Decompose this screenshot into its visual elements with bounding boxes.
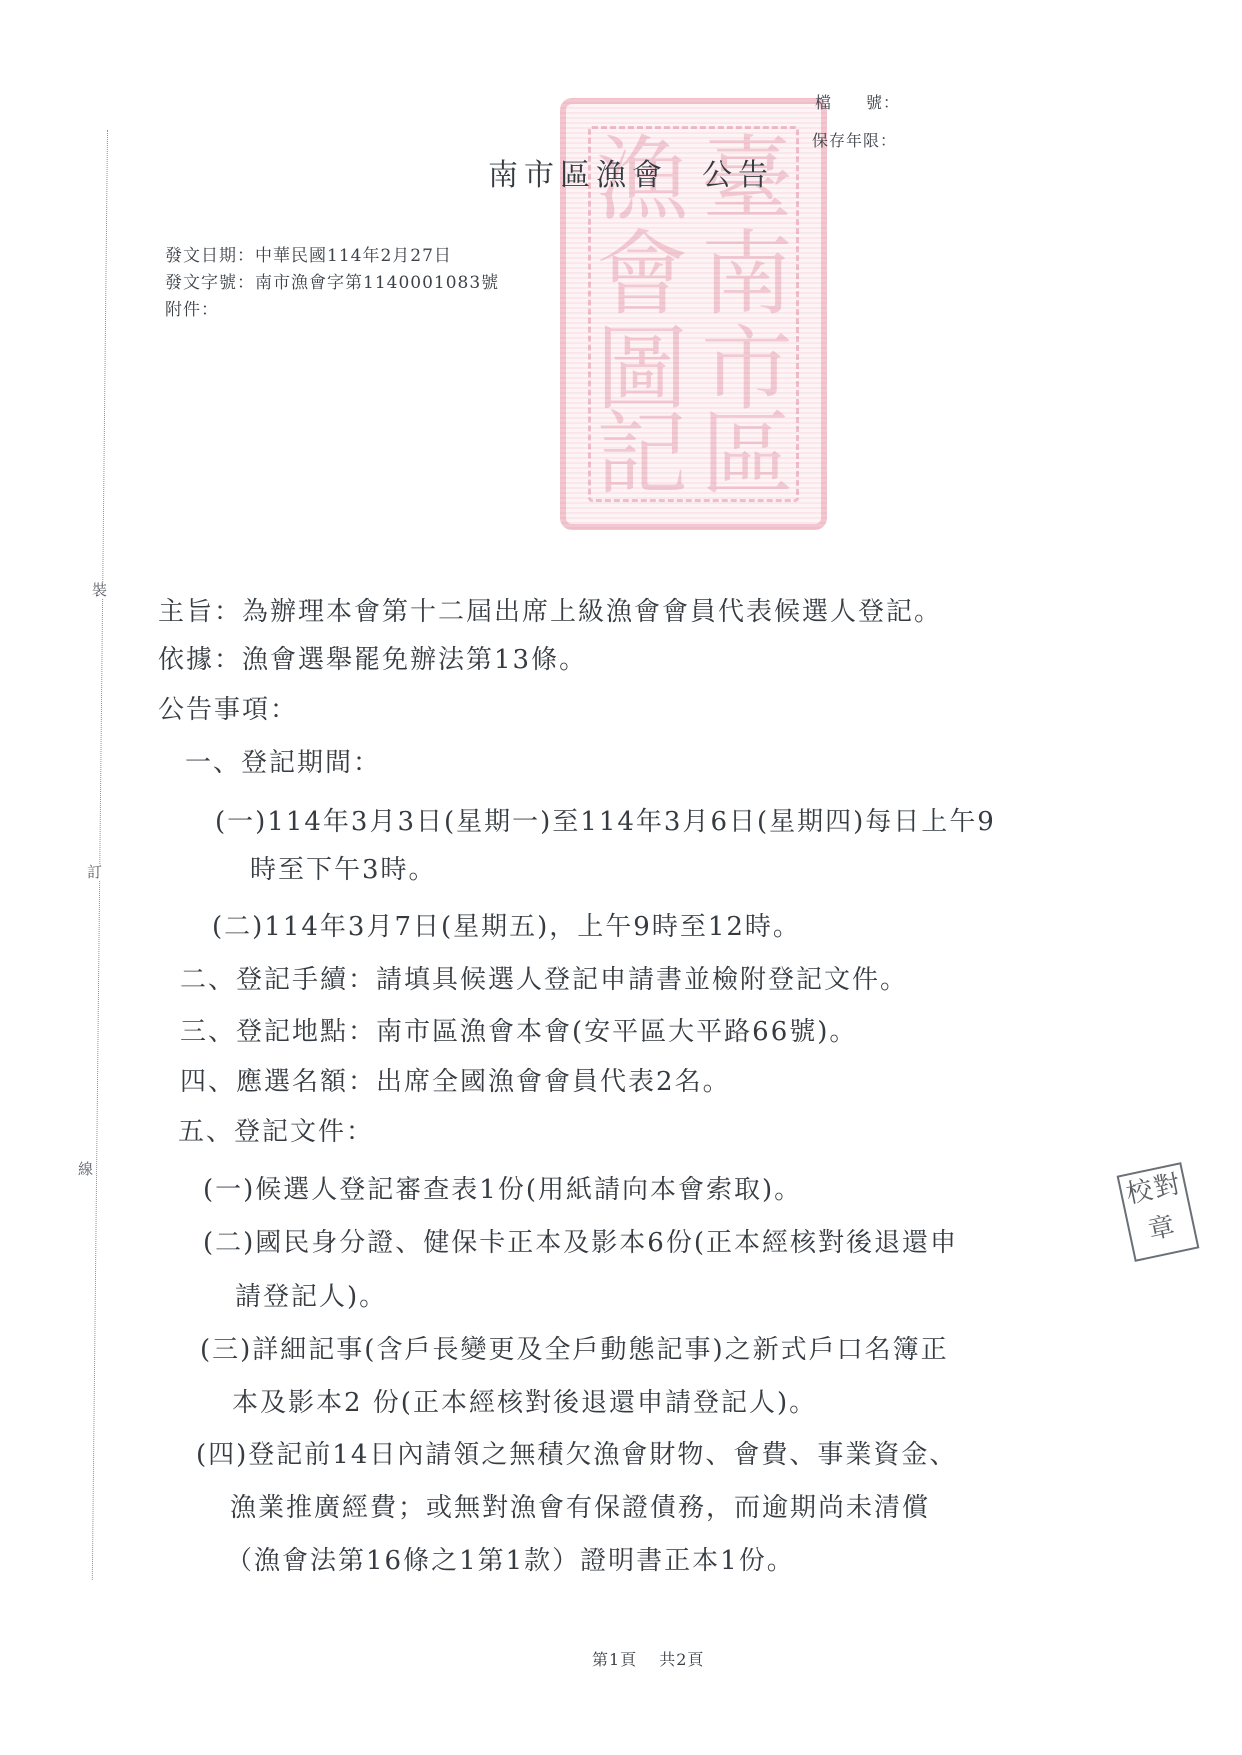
item-1-sub-2: (二)114年3月7日(星期五)，上午9時至12時。 (212, 912, 801, 943)
page-number: 第1頁共2頁 (592, 1647, 704, 1670)
item-4: 四、應選名額：出席全國漁會會員代表2名。 (180, 1067, 731, 1098)
subitem-number: (四) (196, 1440, 248, 1470)
seal-glyph: 區 (701, 409, 793, 501)
item-5-sub-1: (一)候選人登記審查表1份(用紙請向本會索取)。 (203, 1175, 802, 1206)
item-number: 三、 (180, 1017, 236, 1047)
binding-mark-ding: 訂 (87, 865, 102, 880)
subitem-text: 國民身分證、健保卡正本及影本6份(正本經核對後退還申 (255, 1228, 958, 1258)
item-text: 請填具候選人登記申請書並檢附登記文件。 (376, 965, 908, 995)
subitem-number: (二) (212, 912, 264, 942)
issue-info: 發文日期：中華民國114年2月27日 發文字號：南市漁會字第1140001083… (165, 243, 499, 324)
item-5-sub-3: (三)詳細記事(含戶長變更及全戶動態記事)之新式戶口名簿正 (200, 1335, 949, 1366)
issue-ref-label: 發文字號： (165, 273, 255, 293)
subject-text: 為辦理本會第十二屆出席上級漁會會員代表候選人登記。 (242, 597, 942, 627)
title-organization: 南市區漁會 (488, 158, 668, 193)
item-title: 登記手續： (236, 965, 376, 995)
binding-mark-xian: 線 (78, 1162, 93, 1177)
item-5-sub-4-cont-2: （漁會法第16條之1第1款）證明書正本1份。 (226, 1546, 795, 1577)
item-5-sub-2-cont: 請登記人)。 (235, 1282, 387, 1313)
item-5-sub-4: (四)登記前14日內請領之無積欠漁會財物、會費、事業資金、 (196, 1440, 957, 1471)
basis-text: 漁會選舉罷免辦法第13條。 (242, 645, 587, 675)
subitem-text: 114年3月7日(星期五)，上午9時至12時。 (264, 912, 801, 942)
subitem-number: (一) (203, 1175, 255, 1205)
small-seal-glyph: 章 (1146, 1213, 1177, 1244)
file-number-label: 檔 號： (815, 90, 900, 113)
subject-label: 主旨： (158, 597, 242, 627)
item-1-sub-1: (一)114年3月3日(星期一)至114年3月6日(星期四)每日上午9 (215, 807, 996, 838)
subitem-number: (二) (203, 1228, 255, 1258)
title-type: 公告 (702, 158, 774, 193)
issue-date-row: 發文日期：中華民國114年2月27日 (165, 243, 499, 270)
item-title: 應選名額： (236, 1067, 376, 1097)
item-text: 出席全國漁會會員代表2名。 (376, 1067, 731, 1097)
item-1-sub-1-cont: 時至下午3時。 (250, 855, 437, 886)
subitem-number: (三) (200, 1335, 252, 1365)
issue-date-label: 發文日期： (165, 246, 255, 266)
proofreading-seal: 校 對 章 (1117, 1162, 1200, 1262)
subitem-text: 候選人登記審查表1份(用紙請向本會索取)。 (255, 1175, 802, 1205)
item-1-heading: 一、登記期間： (185, 748, 381, 779)
item-number: 四、 (180, 1067, 236, 1097)
item-title: 登記期間： (241, 748, 381, 778)
item-title: 登記文件： (234, 1117, 374, 1147)
seal-glyph: 記 (596, 409, 688, 501)
subitem-text: 114年3月3日(星期一)至114年3月6日(星期四)每日上午9 (267, 807, 996, 837)
subitem-text: 詳細記事(含戶長變更及全戶動態記事)之新式戶口名簿正 (252, 1335, 948, 1365)
item-number: 二、 (180, 965, 236, 995)
retention-period-label: 保存年限： (812, 128, 897, 151)
issue-ref-value: 南市漁會字第1140001083號 (255, 273, 499, 293)
item-5-sub-4-cont-1: 漁業推廣經費；或無對漁會有保證債務，而逾期尚未清償 (230, 1493, 930, 1524)
item-number: 一、 (185, 748, 241, 778)
item-title: 登記地點： (236, 1017, 376, 1047)
subitem-text: 登記前14日內請領之無積欠漁會財物、會費、事業資金、 (248, 1440, 957, 1470)
issue-ref-row: 發文字號：南市漁會字第1140001083號 (165, 270, 499, 297)
attachment-label: 附件： (165, 300, 219, 320)
subitem-number: (一) (215, 807, 267, 837)
item-3: 三、登記地點：南市區漁會本會(安平區大平路66號)。 (180, 1017, 857, 1048)
page-total: 共2頁 (659, 1650, 704, 1669)
small-seal-glyph: 對 (1151, 1171, 1182, 1202)
seal-glyph: 南 (701, 229, 793, 321)
page-current: 第1頁 (592, 1650, 637, 1669)
item-2: 二、登記手續：請填具候選人登記申請書並檢附登記文件。 (180, 965, 908, 996)
item-5-heading: 五、登記文件： (178, 1117, 374, 1148)
binding-mark-zhuang: 裝 (92, 583, 107, 598)
basis-line: 依據：漁會選舉罷免辦法第13條。 (158, 645, 587, 676)
item-5-sub-3-cont: 本及影本2 份(正本經核對後退還申請登記人)。 (232, 1388, 817, 1419)
binding-dotted-line (92, 130, 108, 1580)
small-seal-glyph: 校 (1124, 1177, 1155, 1208)
document-title: 南市區漁會公告 (488, 150, 774, 194)
item-text: 南市區漁會本會(安平區大平路66號)。 (376, 1017, 857, 1047)
seal-glyph: 會 (596, 229, 688, 321)
basis-label: 依據： (158, 645, 242, 675)
item-5-sub-2: (二)國民身分證、健保卡正本及影本6份(正本經核對後退還申 (203, 1228, 958, 1259)
issue-date-value: 中華民國114年2月27日 (255, 246, 452, 266)
notice-label: 公告事項： (158, 695, 298, 726)
attachment-row: 附件： (165, 297, 499, 324)
subject-line: 主旨：為辦理本會第十二屆出席上級漁會會員代表候選人登記。 (158, 597, 942, 628)
item-number: 五、 (178, 1117, 234, 1147)
